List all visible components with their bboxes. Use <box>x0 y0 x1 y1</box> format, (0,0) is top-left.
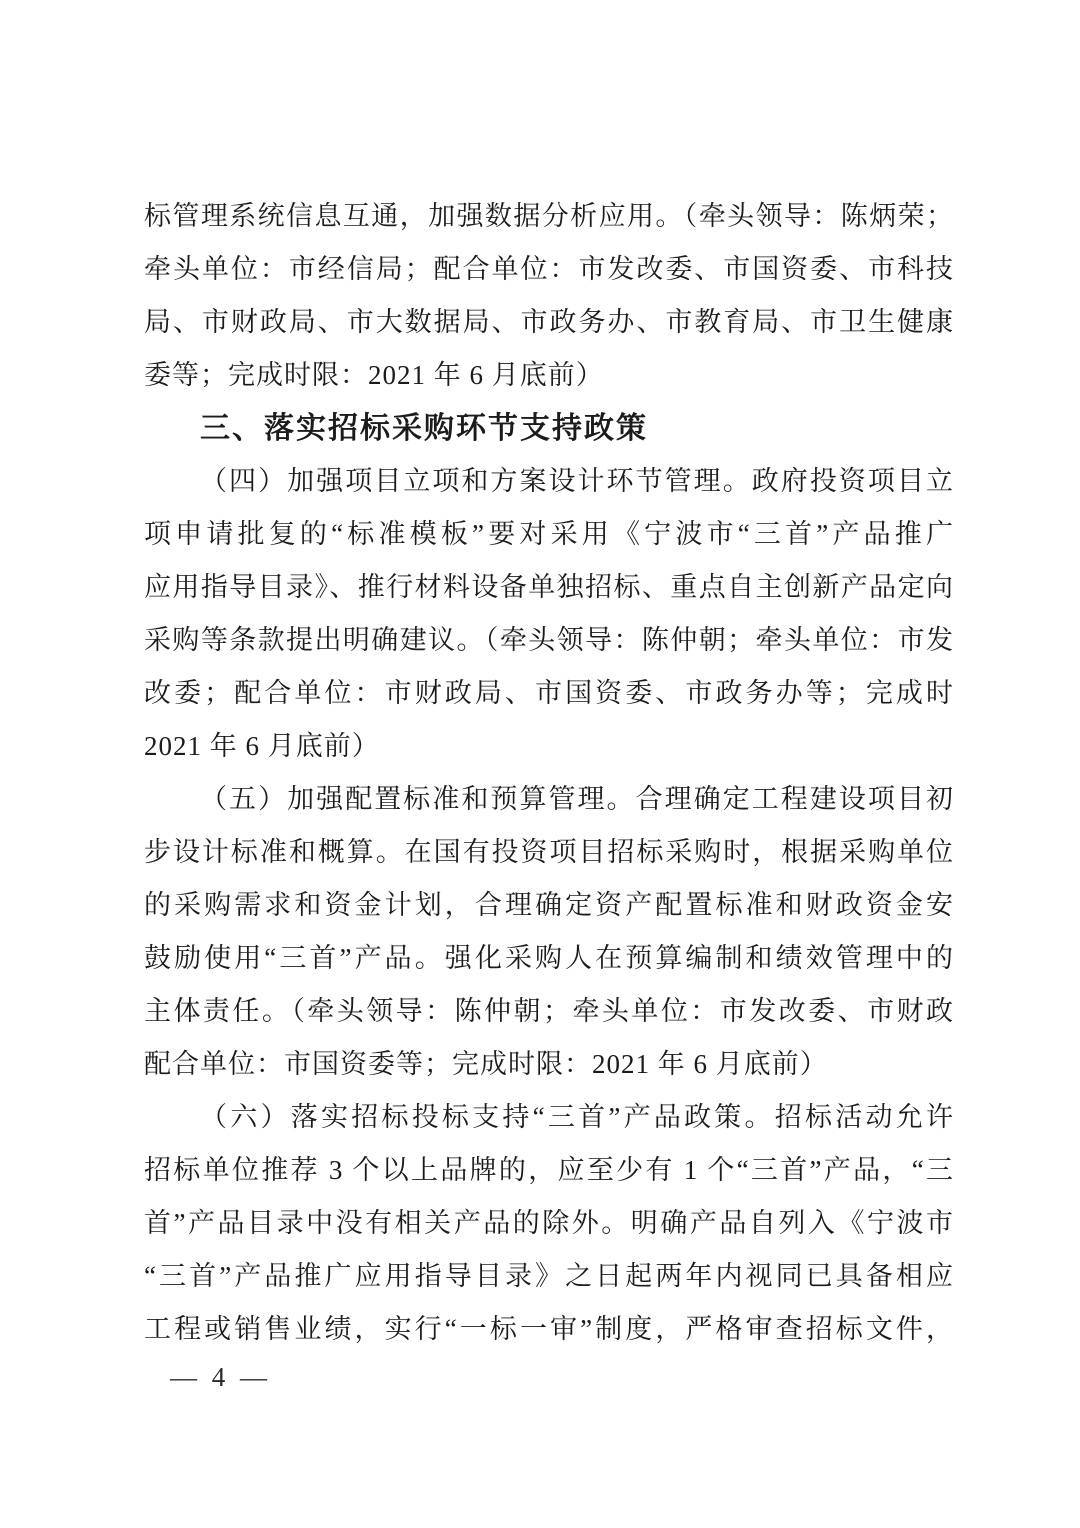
text-line: 采购等条款提出明确建议。（牵头领导：陈仲朝；牵头单位：市发 <box>144 614 954 667</box>
text-line: 的采购需求和资金计划，合理确定资产配置标准和财政资金安排， <box>144 879 954 932</box>
text-line: 牵头单位：市经信局；配合单位：市发改委、市国资委、市科技 <box>144 243 954 296</box>
text-line: 首”产品目录中没有相关产品的除外。明确产品自列入《宁波市 <box>144 1197 954 1250</box>
text-line: 项申请批复的“标准模板”要对采用《宁波市“三首”产品推广 <box>144 508 954 561</box>
page-number: — 4 — <box>170 1362 271 1393</box>
text-line: 2021 年 6 月底前） <box>144 720 954 773</box>
text-line: （四）加强项目立项和方案设计环节管理。政府投资项目立 <box>144 455 954 508</box>
text-line: 改委；配合单位：市财政局、市国资委、市政务办等；完成时限： <box>144 667 954 720</box>
text-line: 局、市财政局、市大数据局、市政务办、市教育局、市卫生健康 <box>144 296 954 349</box>
text-line: 工程或销售业绩，实行“一标一审”制度，严格审查招标文件， <box>144 1303 954 1356</box>
text-line: “三首”产品推广应用指导目录》之日起两年内视同已具备相应 <box>144 1250 954 1303</box>
section-heading: 三、落实招标采购环节支持政策 <box>144 402 954 455</box>
text-line: 主体责任。（牵头领导：陈仲朝；牵头单位：市发改委、市财政局； <box>144 985 954 1038</box>
text-line: （五）加强配置标准和预算管理。合理确定工程建设项目初 <box>144 773 954 826</box>
text-line: 鼓励使用“三首”产品。强化采购人在预算编制和绩效管理中的 <box>144 932 954 985</box>
text-line: （六）落实招标投标支持“三首”产品政策。招标活动允许 <box>144 1091 954 1144</box>
text-line: 应用指导目录》、推行材料设备单独招标、重点自主创新产品定向 <box>144 561 954 614</box>
document-page: 标管理系统信息互通，加强数据分析应用。（牵头领导：陈炳荣；牵头单位：市经信局；配… <box>0 0 1080 1528</box>
text-line: 配合单位：市国资委等；完成时限：2021 年 6 月底前） <box>144 1038 954 1091</box>
text-line: 招标单位推荐 3 个以上品牌的，应至少有 1 个“三首”产品，“三 <box>144 1144 954 1197</box>
document-body: 标管理系统信息互通，加强数据分析应用。（牵头领导：陈炳荣；牵头单位：市经信局；配… <box>144 190 954 1356</box>
text-line: 委等；完成时限：2021 年 6 月底前） <box>144 349 954 402</box>
text-line: 步设计标准和概算。在国有投资项目招标采购时，根据采购单位 <box>144 826 954 879</box>
text-line: 标管理系统信息互通，加强数据分析应用。（牵头领导：陈炳荣； <box>144 190 954 243</box>
